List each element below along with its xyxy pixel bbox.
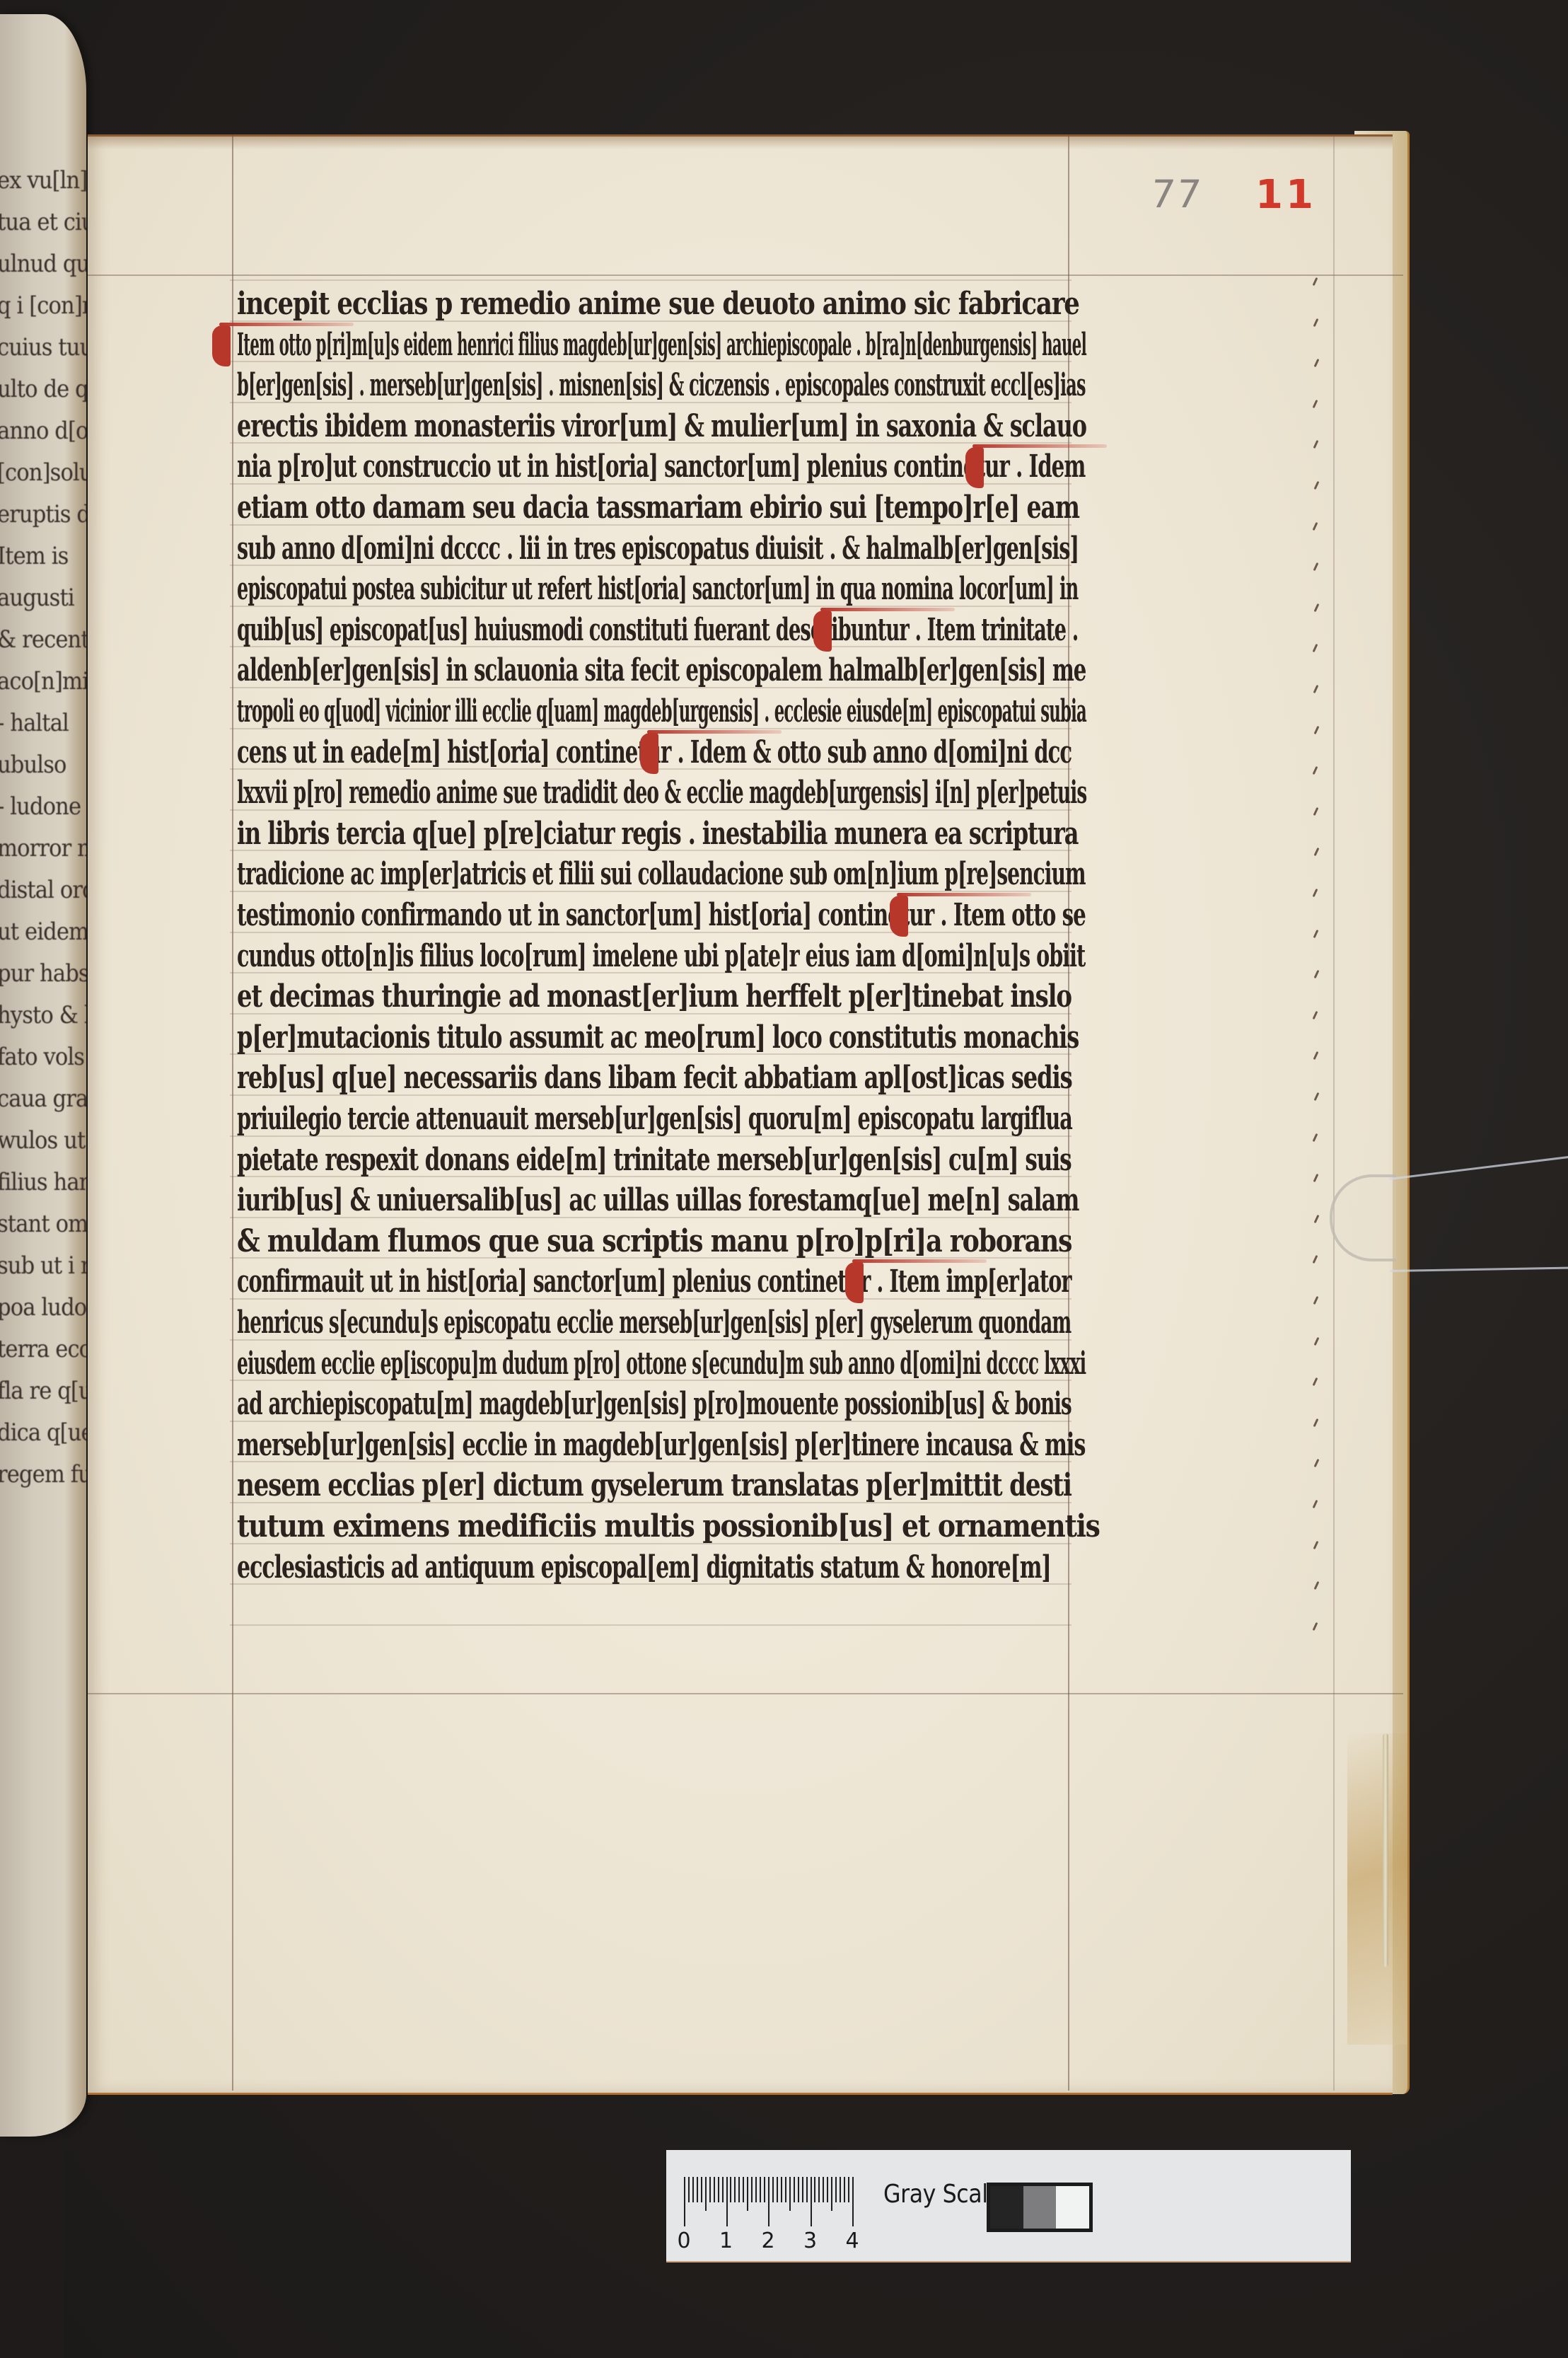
ruler-tick xyxy=(802,2177,803,2202)
ruler-tick xyxy=(730,2177,731,2202)
rubricated-paragraph-mark xyxy=(890,896,908,937)
manuscript-line: nesem ecclias p[er] dictum gyselerum tra… xyxy=(237,1464,1072,1507)
ruler: 01234 xyxy=(684,2177,868,2241)
verso-text-fragment: anno d[omi]ni fuit xyxy=(0,417,86,445)
manuscript-line: p[er]mutacionis titulo assumit ac meo[ru… xyxy=(237,1017,1079,1059)
manuscript-line: henricus s[ecundu]s episcopatu ecclie me… xyxy=(237,1302,1071,1344)
manuscript-line: & muldam flumos que sua scriptis manu p[… xyxy=(237,1220,1072,1263)
ruling-line xyxy=(230,1624,1072,1626)
gray-scale-swatch xyxy=(987,2183,1093,2232)
rubricated-paragraph-mark xyxy=(845,1262,864,1303)
verso-text-fragment: [con]soluto p[ro]c xyxy=(0,458,86,487)
verso-text-fragment: stant ome f xyxy=(0,1210,86,1238)
manuscript-line: merseb[ur]gen[sis] ecclie in magdeb[ur]g… xyxy=(237,1424,1085,1467)
rubricated-paragraph-mark xyxy=(212,325,231,366)
manuscript-line: in libris tercia q[ue] p[re]ciatur regis… xyxy=(237,813,1078,855)
ruler-tick xyxy=(688,2177,690,2202)
verso-text-fragment: ulto de qui i xyxy=(0,375,86,403)
ruler-tick xyxy=(768,2177,770,2226)
verso-text-fragment: fla re q[ue]n xyxy=(0,1377,86,1405)
ruler-tick xyxy=(806,2177,808,2202)
verso-text-fragment: ubulso xyxy=(0,751,66,779)
ruler-tick xyxy=(785,2177,786,2202)
folio-number-pencil: 77 xyxy=(1149,172,1204,216)
rubric-stroke xyxy=(897,893,1031,896)
rubricated-paragraph-mark xyxy=(640,733,658,774)
ruler-tick xyxy=(692,2177,694,2202)
gutter-shadow xyxy=(65,14,86,2137)
manuscript-line: b[er]gen[sis] . merseb[ur]gen[sis] . mis… xyxy=(237,364,1086,407)
verso-text-fragment: cuius tuu l[ib]rum xyxy=(0,333,86,362)
manuscript-line: eiusdem ecclie ep[iscopu]m dudum p[ro] o… xyxy=(237,1343,1086,1385)
ruling-outer-margin xyxy=(1333,134,1335,2091)
ruler-tick xyxy=(738,2177,740,2202)
manuscript-line: priuilegio tercie attenuauit merseb[ur]g… xyxy=(237,1098,1072,1140)
ruling-top xyxy=(88,274,1403,276)
manuscript-line: tutum eximens medificiis multis possioni… xyxy=(237,1505,1100,1548)
manuscript-line: iurib[us] & uniuersalib[us] ac uillas ui… xyxy=(237,1179,1079,1222)
ruler-tick xyxy=(722,2177,724,2202)
ruler-tick xyxy=(781,2177,782,2202)
swatch-gray xyxy=(1023,2186,1057,2229)
ruler-tick xyxy=(755,2177,757,2202)
ruler-tick xyxy=(697,2177,698,2202)
rubricated-paragraph-mark xyxy=(813,611,832,652)
verso-text-fragment: sub ut i nat xyxy=(0,1252,86,1280)
manuscript-line: sub anno d[omi]ni dcccc . lii in tres ep… xyxy=(237,528,1079,570)
manuscript-photograph: ex vu[ln]stistua et ciuisulnud qualiuntu… xyxy=(0,0,1568,2358)
ruler-label: 2 xyxy=(761,2229,774,2253)
ruling-line xyxy=(230,279,1072,281)
verso-text-fragment: aco[n]mita u xyxy=(0,667,86,695)
rubricated-paragraph-mark xyxy=(965,447,984,488)
ruler-tick xyxy=(823,2177,824,2202)
manuscript-line: ad archiepiscopatu[m] magdeb[ur]gen[sis]… xyxy=(237,1383,1072,1426)
verso-text-fragment: distal ordo xyxy=(0,876,86,904)
swatch-black xyxy=(990,2186,1023,2229)
ruler-tick xyxy=(811,2177,812,2226)
ruler-label: 1 xyxy=(719,2229,733,2253)
verso-text-fragment: morror mal xyxy=(0,834,86,862)
manuscript-line: lxxvii p[ro] remedio anime sue tradidit … xyxy=(237,772,1086,814)
verso-text-fragment: hysto & lad xyxy=(0,1001,86,1029)
verso-text-fragment: Item is xyxy=(0,542,68,570)
verso-text-fragment: & recentia xyxy=(0,625,86,654)
ruling-bottom xyxy=(88,1693,1403,1694)
manuscript-line: incepit ecclias p remedio anime sue deuo… xyxy=(237,283,1079,325)
verso-text-fragment: ut eidem d xyxy=(0,918,86,946)
ruler-tick xyxy=(764,2177,765,2202)
ruler-tick xyxy=(844,2177,845,2202)
verso-text-fragment: regem fui xyxy=(0,1460,86,1489)
manuscript-line: et decimas thuringie ad monast[er]ium he… xyxy=(237,976,1072,1018)
ruler-tick xyxy=(818,2177,820,2202)
ruler-tick xyxy=(726,2177,728,2226)
ruler-tick xyxy=(789,2177,791,2211)
ruler-tick xyxy=(831,2177,832,2211)
ruler-tick xyxy=(684,2177,685,2226)
rubric-stroke xyxy=(219,323,354,326)
verso-text-fragment: pur habsu xyxy=(0,959,86,988)
ruler-tick xyxy=(835,2177,837,2202)
folio-number-red: 11 xyxy=(1255,172,1316,218)
ruler-tick xyxy=(798,2177,799,2202)
rubric-stroke xyxy=(972,444,1107,448)
verso-text-fragment: augusti xyxy=(0,584,74,612)
manuscript-line: quib[us] episcopat[us] huiusmodi constit… xyxy=(237,609,1078,652)
ruler-label: 0 xyxy=(677,2229,690,2253)
verso-text-fragment: q i [con]natis & gelu xyxy=(0,291,86,320)
manuscript-line: etiam otto damam seu dacia tassmariam eb… xyxy=(237,487,1079,529)
manuscript-line: nia p[ro]ut construccio ut in hist[oria]… xyxy=(237,446,1085,488)
verso-text-fragment: - haltal xyxy=(0,709,69,737)
manuscript-line: Item otto p[ri]m[u]s eidem henrici filiu… xyxy=(237,324,1086,366)
ruler-tick xyxy=(827,2177,828,2202)
verso-text-fragment: ex vu[ln]stis xyxy=(0,166,86,195)
manuscript-line: testimonio confirmando ut in sanctor[um]… xyxy=(237,894,1086,937)
ruler-tick xyxy=(709,2177,711,2202)
verso-text-fragment: wulos ut illa xyxy=(0,1126,86,1155)
ruler-tick xyxy=(840,2177,841,2202)
ruling-left-bound xyxy=(232,134,233,2091)
fore-edge-stain xyxy=(1347,1733,1407,2045)
manuscript-line: tropoli eo q[uod] vicinior illi ecclie q… xyxy=(237,690,1086,733)
ruler-tick xyxy=(777,2177,778,2202)
manuscript-line: aldenb[er]gen[sis] in sclauonia sita fec… xyxy=(237,649,1086,692)
ruler-tick xyxy=(718,2177,719,2202)
manuscript-line: ecclesiasticis ad antiquum episcopal[em]… xyxy=(237,1547,1051,1589)
left-page-verso-edge: ex vu[ln]stistua et ciuisulnud qualiuntu… xyxy=(0,14,86,2137)
gray-scale-label: Gray Scale xyxy=(883,2180,1001,2209)
manuscript-line: confirmauit ut in hist[oria] sanctor[um]… xyxy=(237,1261,1071,1303)
ruler-tick xyxy=(701,2177,702,2202)
ruler-tick xyxy=(852,2177,854,2226)
ruler-tick xyxy=(705,2177,707,2211)
ruler-tick xyxy=(714,2177,715,2202)
manuscript-line: tradicione ac imp[er]atricis et filii su… xyxy=(237,853,1086,896)
verso-text-fragment: dica q[ue]mi xyxy=(0,1418,86,1447)
verso-text-fragment: filius hanc d xyxy=(0,1168,86,1196)
verso-text-fragment: ulnud qualiuntur q xyxy=(0,250,86,278)
ruler-tick xyxy=(743,2177,744,2202)
rubric-stroke xyxy=(647,730,782,734)
ruler-tick xyxy=(734,2177,736,2202)
manuscript-line: erectis ibidem monasteriis viror[um] & m… xyxy=(237,405,1086,448)
scale-reference-card: 01234 Gray Scale xyxy=(666,2150,1351,2262)
manuscript-line: pietate respexit donans eide[m] trinitat… xyxy=(237,1139,1072,1181)
strap-line-lower xyxy=(1390,1266,1568,1272)
verso-text-fragment: eruptis distructi xyxy=(0,500,86,528)
verso-text-fragment: tua et ciuis xyxy=(0,208,86,236)
manuscript-line: cundus otto[n]is filius loco[rum] imelen… xyxy=(237,935,1085,978)
manuscript-line: episcopatui postea subicitur ut refert h… xyxy=(237,568,1078,611)
binding-thread xyxy=(1383,1733,1388,1967)
ruler-label: 4 xyxy=(845,2229,859,2253)
ruler-tick xyxy=(751,2177,753,2202)
strap-line-upper xyxy=(1390,1155,1568,1180)
swatch-white xyxy=(1056,2186,1089,2229)
verso-text-fragment: - ludone xyxy=(0,792,81,821)
rubric-stroke xyxy=(820,608,955,611)
verso-text-fragment: fato vols xyxy=(0,1043,84,1071)
verso-text-fragment: terra ecclis xyxy=(0,1335,86,1363)
ruler-tick xyxy=(772,2177,774,2202)
rubric-stroke xyxy=(852,1259,987,1263)
ruler-tick xyxy=(814,2177,815,2202)
verso-text-fragment: poa ludoni xyxy=(0,1293,86,1322)
verso-text-fragment: caua gradi xyxy=(0,1085,86,1113)
top-edge-shading xyxy=(88,137,1393,149)
ruler-tick xyxy=(794,2177,795,2202)
ruler-tick xyxy=(747,2177,748,2211)
ruler-label: 3 xyxy=(803,2229,817,2253)
ruler-tick xyxy=(848,2177,849,2202)
ruler-tick xyxy=(760,2177,761,2202)
manuscript-line: reb[us] q[ue] necessariis dans libam fec… xyxy=(237,1057,1072,1099)
